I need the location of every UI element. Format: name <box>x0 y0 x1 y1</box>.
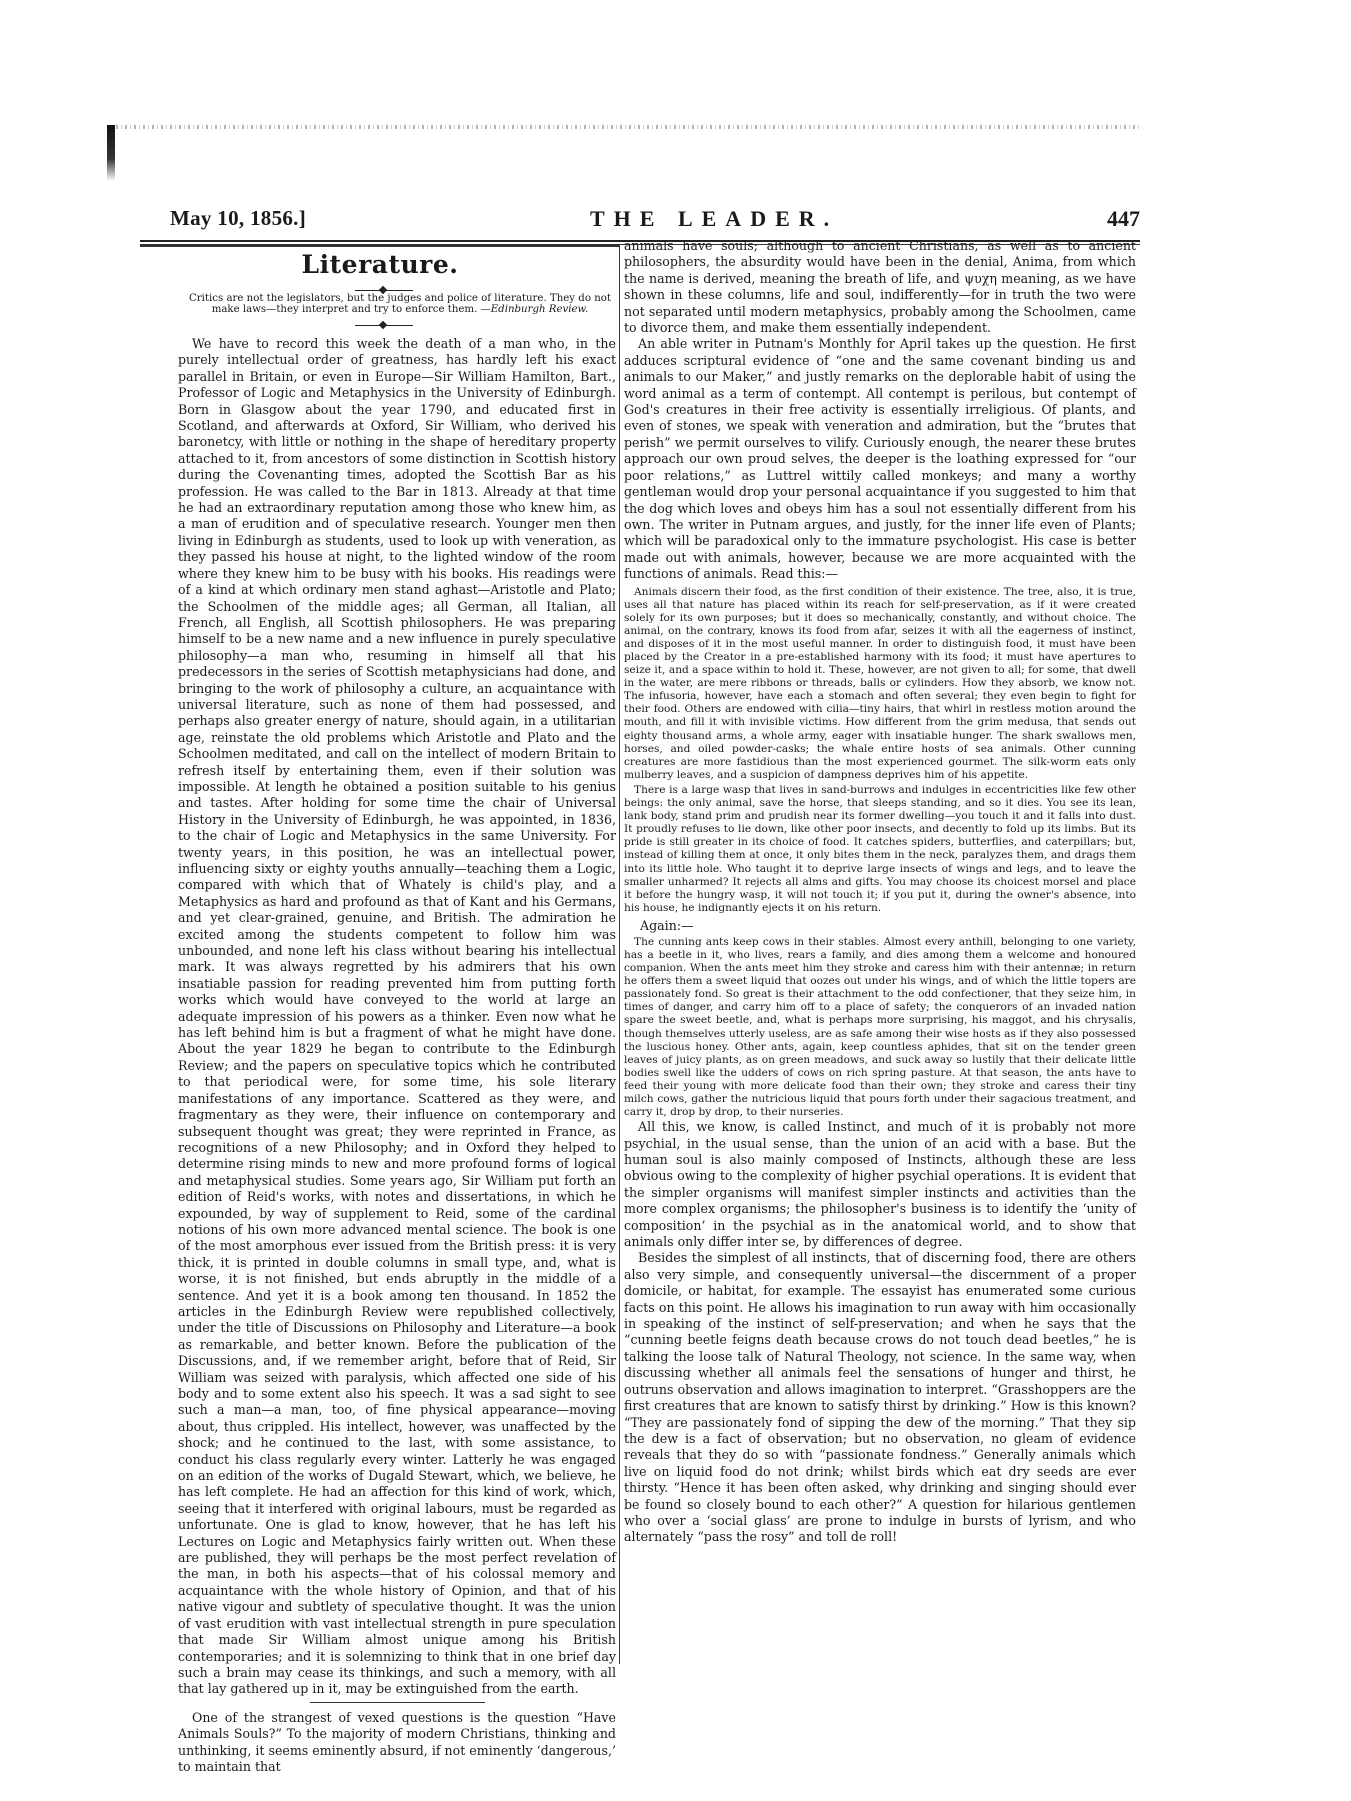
masthead-rule-thick-left <box>140 244 620 247</box>
animals-souls-opening: One of the strangest of vexed questions … <box>178 1710 616 1776</box>
quote-ants: The cunning ants keep cows in their stab… <box>624 936 1136 1119</box>
epigraph-source: —Edinburgh Review. <box>481 304 589 315</box>
putnam-paragraph: An able writer in Putnam's Monthly for A… <box>624 336 1136 582</box>
section-title: Literature. <box>140 250 620 279</box>
column-divider <box>619 246 620 1664</box>
left-column: We have to record this week the death of… <box>178 336 616 1775</box>
scan-artifact-corner <box>107 125 115 181</box>
ornament-divider-icon <box>355 290 413 291</box>
animals-souls-continuation: animals have souls; although to ancient … <box>624 238 1136 336</box>
again-label: Again:— <box>640 918 1136 933</box>
simplest-instincts-paragraph: Besides the simplest of all instincts, t… <box>624 1250 1136 1545</box>
block-quote-1: Animals discern their food, as the first… <box>624 586 1136 915</box>
page-number: 447 <box>1107 206 1140 232</box>
block-quote-2: The cunning ants keep cows in their stab… <box>624 936 1136 1119</box>
newspaper-title: THE LEADER. <box>590 206 838 232</box>
quote-animals-food: Animals discern their food, as the first… <box>624 586 1136 782</box>
scan-artifact-top-edge <box>107 125 1140 129</box>
ornament-divider-icon <box>355 325 413 326</box>
quote-wasp: There is a large wasp that lives in sand… <box>624 784 1136 915</box>
instinct-paragraph: All this, we know, is called Instinct, a… <box>624 1119 1136 1250</box>
right-column: animals have souls; although to ancient … <box>624 238 1136 1546</box>
epigraph: Critics are not the legislators, but the… <box>180 293 620 315</box>
masthead: May 10, 1856.] THE LEADER. 447 <box>170 206 1140 236</box>
article-separator <box>310 1702 485 1703</box>
obituary-hamilton: We have to record this week the death of… <box>178 336 616 1698</box>
issue-date: May 10, 1856.] <box>170 206 306 231</box>
